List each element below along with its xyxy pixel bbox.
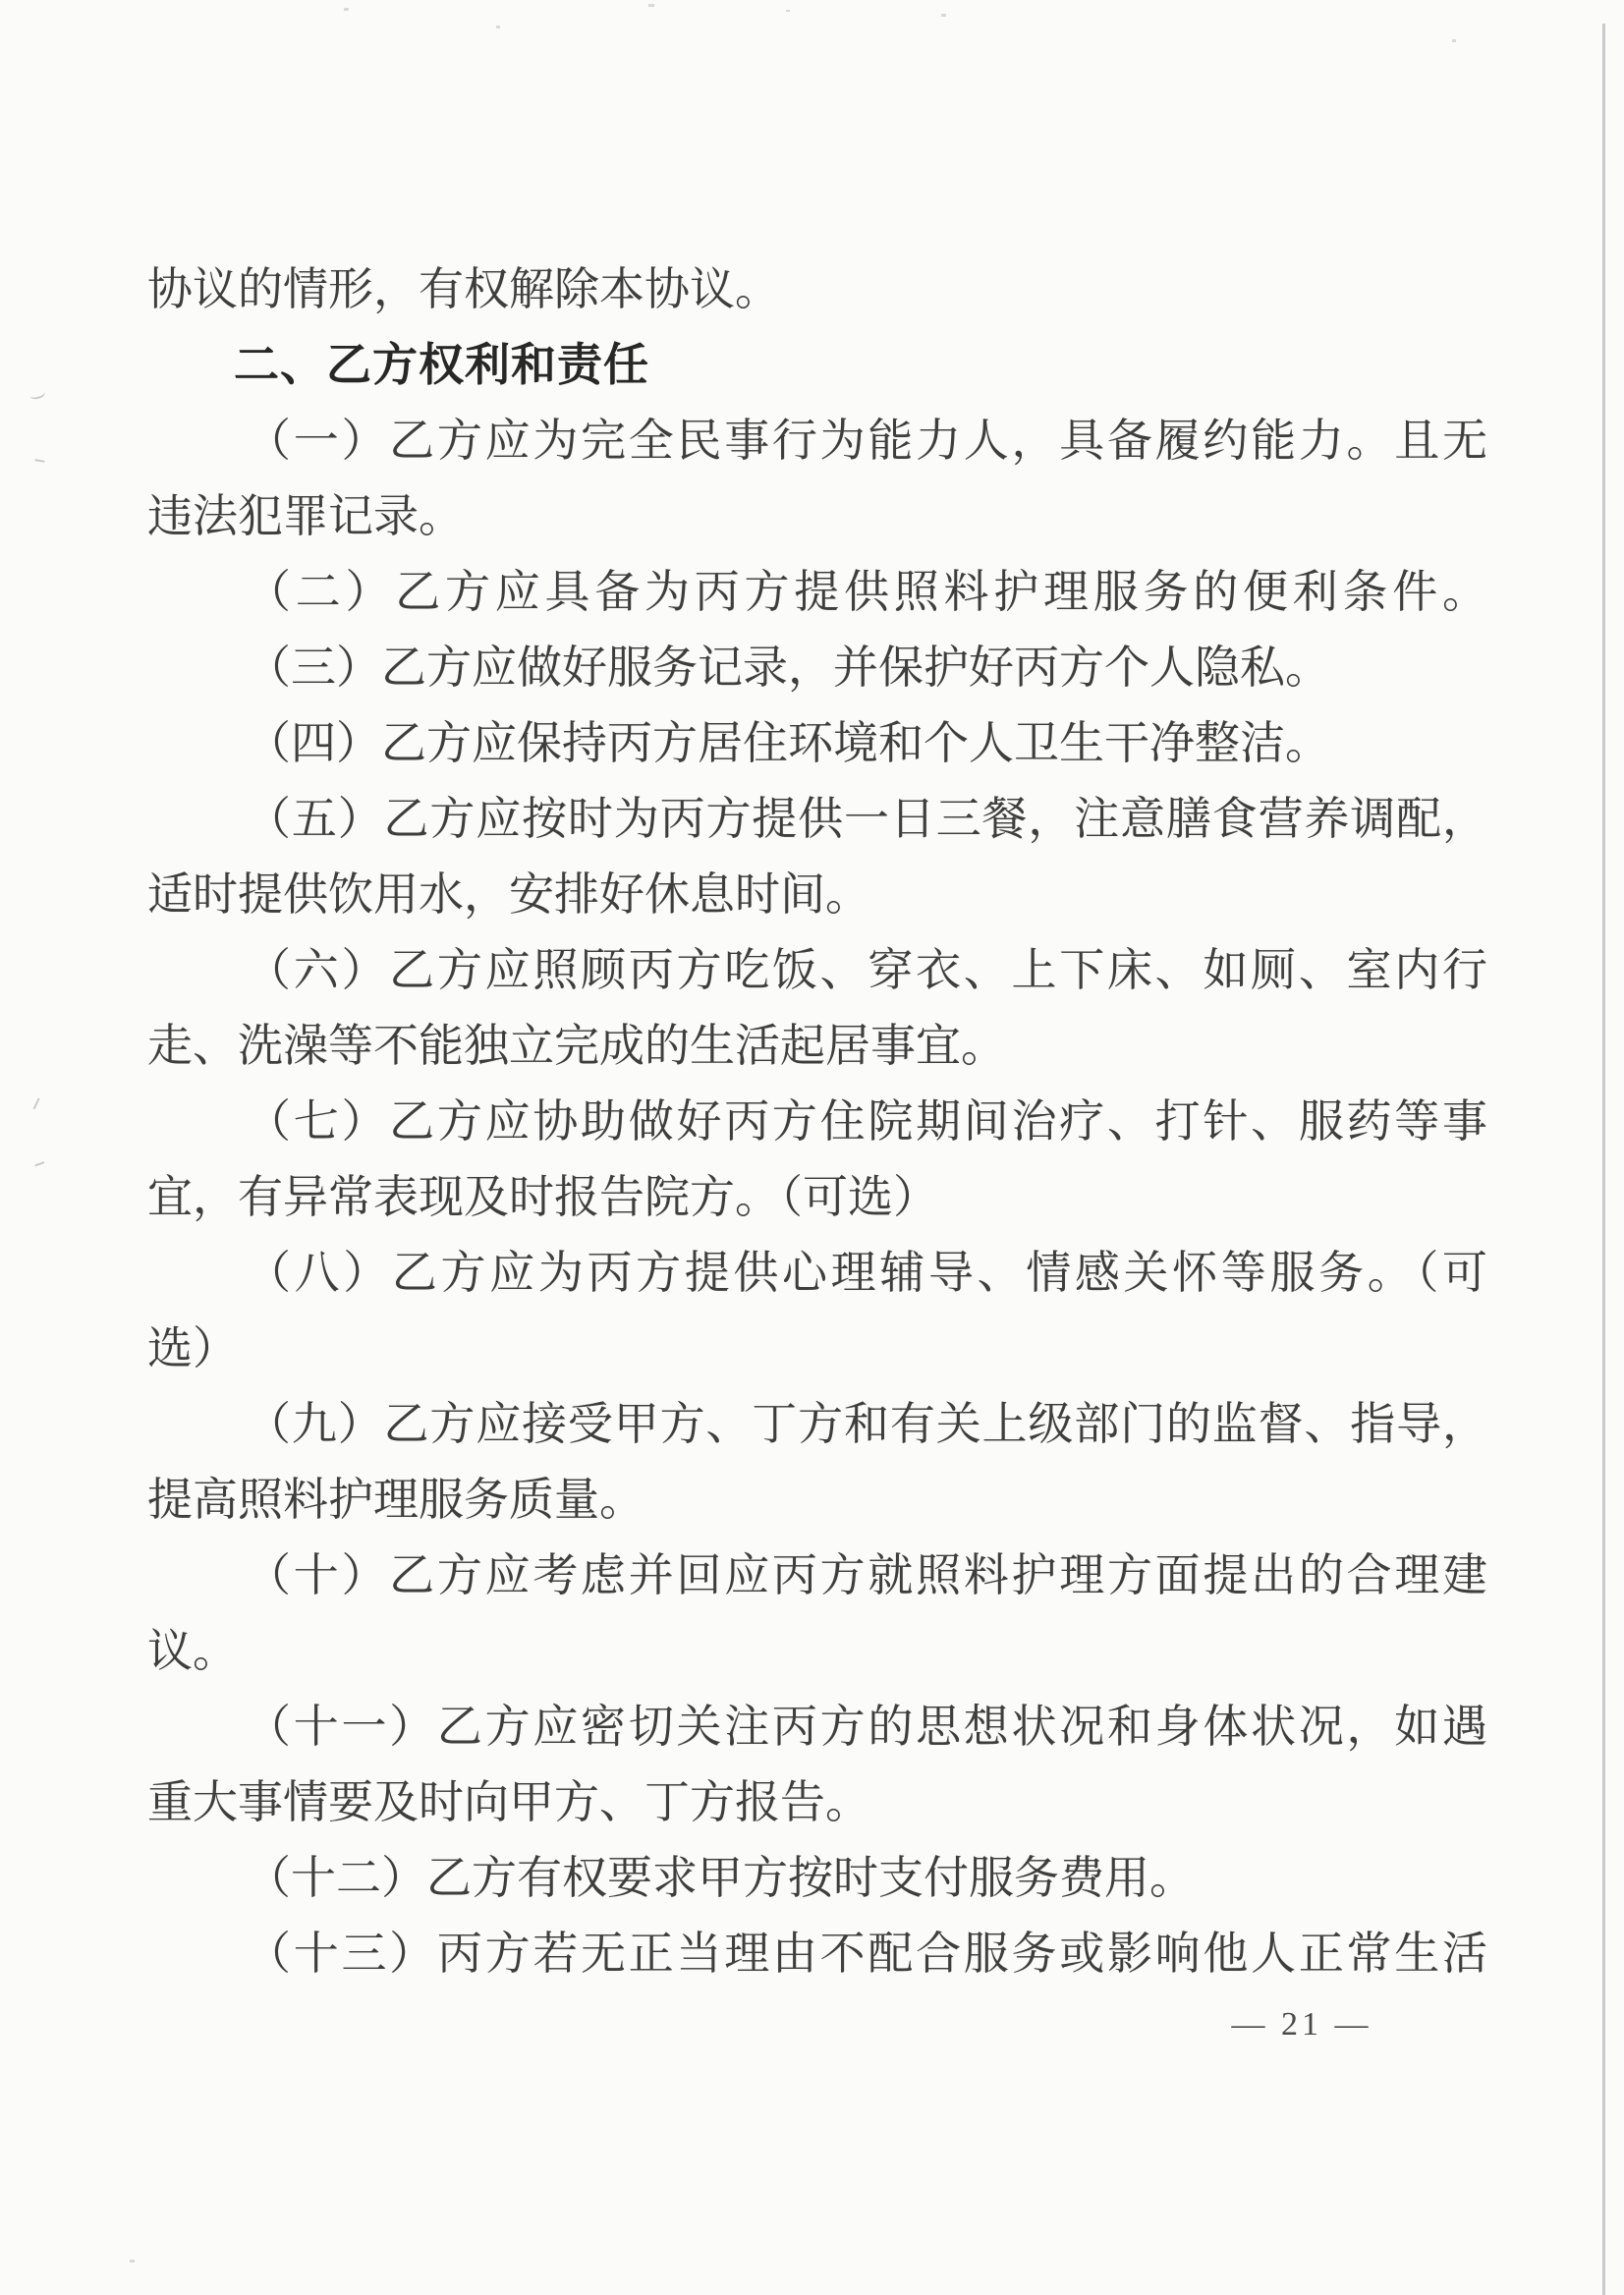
scan-smudge-artifact xyxy=(34,453,45,463)
contract-line: 提高照料护理服务质量。 xyxy=(147,1462,1487,1538)
contract-line: 宜，有异常表现及时报告院方。（可选） xyxy=(147,1159,1487,1235)
contract-line: （六）乙方应照顾丙方吃饭、穿衣、上下床、如厕、室内行 xyxy=(147,932,1487,1008)
scan-speck-artifact xyxy=(1452,39,1456,42)
contract-line: （十二）乙方有权要求甲方按时支付服务费用。 xyxy=(147,1840,1487,1916)
scan-speck-artifact xyxy=(130,2260,135,2263)
contract-line: （五）乙方应按时为丙方提供一日三餐，注意膳食营养调配， xyxy=(147,781,1487,857)
scan-edge-artifact xyxy=(1602,24,1605,2295)
scan-speck-artifact xyxy=(648,4,654,7)
section-heading: 二、乙方权利和责任 xyxy=(147,327,1487,403)
contract-line: 重大事情要及时向甲方、丁方报告。 xyxy=(147,1764,1487,1840)
contract-line: （四）乙方应保持丙方居住环境和个人卫生干净整洁。 xyxy=(147,705,1487,781)
contract-line: （二）乙方应具备为丙方提供照料护理服务的便利条件。 xyxy=(147,554,1487,630)
scan-speck-artifact xyxy=(786,10,790,12)
contract-line: （三）乙方应做好服务记录，并保护好丙方个人隐私。 xyxy=(147,630,1487,705)
page-number: — 21 — xyxy=(1204,2006,1400,2043)
scan-speck-artifact xyxy=(496,26,500,28)
contract-line: 协议的情形，有权解除本协议。 xyxy=(147,252,1487,327)
contract-line: （八）乙方应为丙方提供心理辅导、情感关怀等服务。（可 xyxy=(147,1235,1487,1311)
scan-speck-artifact xyxy=(941,14,946,17)
contract-line: （七）乙方应协助做好丙方住院期间治疗、打针、服药等事 xyxy=(147,1084,1487,1159)
contract-line: （十）乙方应考虑并回应丙方就照料护理方面提出的合理建 xyxy=(147,1538,1487,1613)
contract-line: （十一）乙方应密切关注丙方的思想状况和身体状况，如遇 xyxy=(147,1689,1487,1764)
contract-line: 走、洗澡等不能独立完成的生活起居事宜。 xyxy=(147,1008,1487,1084)
contract-body: 协议的情形，有权解除本协议。二、乙方权利和责任（一）乙方应为完全民事行为能力人，… xyxy=(147,252,1487,1991)
scan-speck-artifact xyxy=(344,8,349,11)
contract-line: 适时提供饮用水，安排好休息时间。 xyxy=(147,857,1487,932)
contract-line: （十三）丙方若无正当理由不配合服务或影响他人正常生活 xyxy=(147,1916,1487,1991)
scan-smudge-artifact xyxy=(33,1098,43,1111)
scan-smudge-artifact xyxy=(32,1154,45,1167)
contract-line: 违法犯罪记录。 xyxy=(147,478,1487,554)
contract-line: （一）乙方应为完全民事行为能力人，具备履约能力。且无 xyxy=(147,403,1487,478)
contract-line: 议。 xyxy=(147,1613,1487,1689)
contract-line: （九）乙方应接受甲方、丁方和有关上级部门的监督、指导， xyxy=(147,1386,1487,1462)
contract-line: 选） xyxy=(147,1311,1487,1386)
scan-smudge-artifact xyxy=(28,387,46,401)
